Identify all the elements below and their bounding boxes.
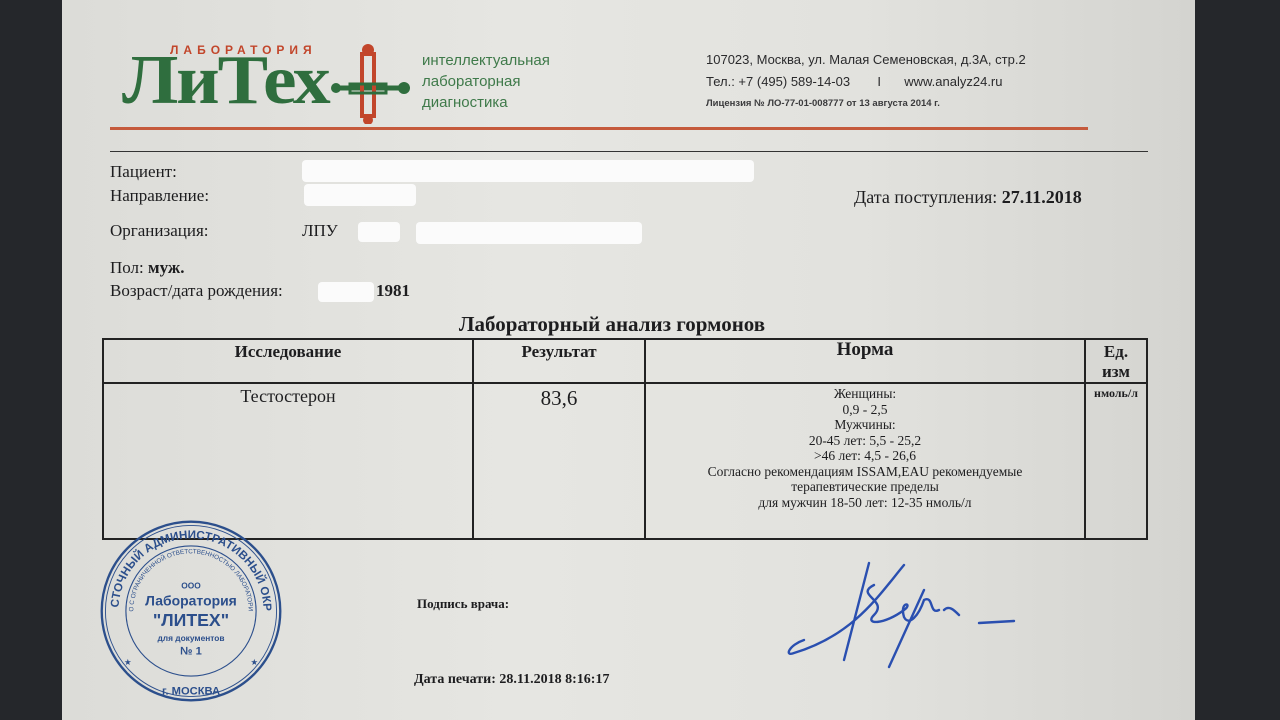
test-result: 83,6 xyxy=(473,383,645,539)
norm-line: 20-45 лет: 5,5 - 25,2 xyxy=(650,433,1080,449)
print-date: 28.11.2018 8:16:17 xyxy=(499,672,609,687)
tagline: интеллектуальная лабораторная диагностик… xyxy=(422,50,550,113)
svg-text:№ 1: № 1 xyxy=(180,646,202,658)
svg-text:★: ★ xyxy=(251,658,259,667)
svg-text:Лаборатория: Лаборатория xyxy=(145,592,237,608)
svg-text:для документов: для документов xyxy=(157,633,224,643)
results-table: Исследование Результат Норма Ед. изм Тес… xyxy=(102,338,1148,540)
unit: нмоль/л xyxy=(1085,383,1147,539)
organization-value: ЛПУ xyxy=(302,221,338,241)
contact-block: 107023, Москва, ул. Малая Семеновская, д… xyxy=(706,49,1026,115)
svg-text:"ЛИТЕХ": "ЛИТЕХ" xyxy=(153,610,229,630)
header-divider xyxy=(110,127,1088,130)
tagline-line: диагностика xyxy=(422,92,550,113)
patient-label: Пациент: xyxy=(110,162,177,182)
phone: Тел.: +7 (495) 589-14-03 xyxy=(706,74,850,89)
birth-redacted xyxy=(318,282,374,302)
website: www.analyz24.ru xyxy=(904,74,1002,89)
organization-redacted-2 xyxy=(416,222,642,244)
print-date-field: Дата печати: 28.11.2018 8:16:17 xyxy=(414,672,609,688)
patient-redacted xyxy=(302,160,754,182)
lab-report-page: ЛАБОРАТОРИЯ ЛиТех интеллектуальная лабор… xyxy=(62,0,1195,720)
header-unit: Ед. изм xyxy=(1085,339,1147,383)
received-label: Дата поступления: xyxy=(854,187,997,207)
header-result: Результат xyxy=(473,339,645,383)
header-norm: Норма xyxy=(645,339,1085,383)
organization-redacted-1 xyxy=(358,222,400,242)
license: Лицензия № ЛО-77-01-008777 от 13 августа… xyxy=(706,93,1026,115)
received-date: 27.11.2018 xyxy=(1002,187,1082,207)
logo-cross-icon xyxy=(330,44,410,124)
report-title: Лабораторный анализ гормонов xyxy=(62,312,1162,337)
test-name: Тестостерон xyxy=(103,383,473,539)
section-divider xyxy=(110,151,1148,152)
svg-text:ООО: ООО xyxy=(181,581,201,591)
separator: I xyxy=(877,74,881,89)
sex-field: Пол: муж. xyxy=(110,258,184,278)
reference-range: Женщины: 0,9 - 2,5 Мужчины: 20-45 лет: 5… xyxy=(645,383,1085,539)
norm-line: терапевтические пределы xyxy=(650,479,1080,495)
norm-line: Согласно рекомендациям ISSAM,EAU рекомен… xyxy=(650,464,1080,480)
referral-label: Направление: xyxy=(110,186,209,206)
birth-label: Возраст/дата рождения: xyxy=(110,281,283,301)
address: 107023, Москва, ул. Малая Семеновская, д… xyxy=(706,49,1026,71)
norm-line: Женщины: xyxy=(650,386,1080,402)
svg-text:г. МОСКВА: г. МОСКВА xyxy=(162,686,220,698)
birth-year: 1981 xyxy=(376,281,410,301)
print-date-label: Дата печати: xyxy=(414,672,496,687)
sex-label: Пол: xyxy=(110,258,144,277)
stamp-icon: ВОСТОЧНЫЙ АДМИНИСТРАТИВНЫЙ ОКРУГ ОБЩЕСТВ… xyxy=(98,518,284,704)
header-test: Исследование xyxy=(103,339,473,383)
doctor-signature-icon xyxy=(784,555,1024,675)
organization-label: Организация: xyxy=(110,221,209,241)
norm-line: >46 лет: 4,5 - 26,6 xyxy=(650,448,1080,464)
norm-line: 0,9 - 2,5 xyxy=(650,402,1080,418)
tagline-line: лабораторная xyxy=(422,71,550,92)
referral-redacted xyxy=(304,184,416,206)
logo-name: ЛиТех xyxy=(122,46,328,116)
svg-text:★: ★ xyxy=(124,658,132,667)
norm-line: для мужчин 18-50 лет: 12-35 нмоль/л xyxy=(650,495,1080,511)
tagline-line: интеллектуальная xyxy=(422,50,550,71)
table-header-row: Исследование Результат Норма Ед. изм xyxy=(103,339,1147,383)
norm-line: Мужчины: xyxy=(650,417,1080,433)
received-date-field: Дата поступления: 27.11.2018 xyxy=(854,187,1082,208)
table-row: Тестостерон 83,6 Женщины: 0,9 - 2,5 Мужч… xyxy=(103,383,1147,539)
signature-label: Подпись врача: xyxy=(417,596,509,612)
sex-value: муж. xyxy=(148,258,184,277)
